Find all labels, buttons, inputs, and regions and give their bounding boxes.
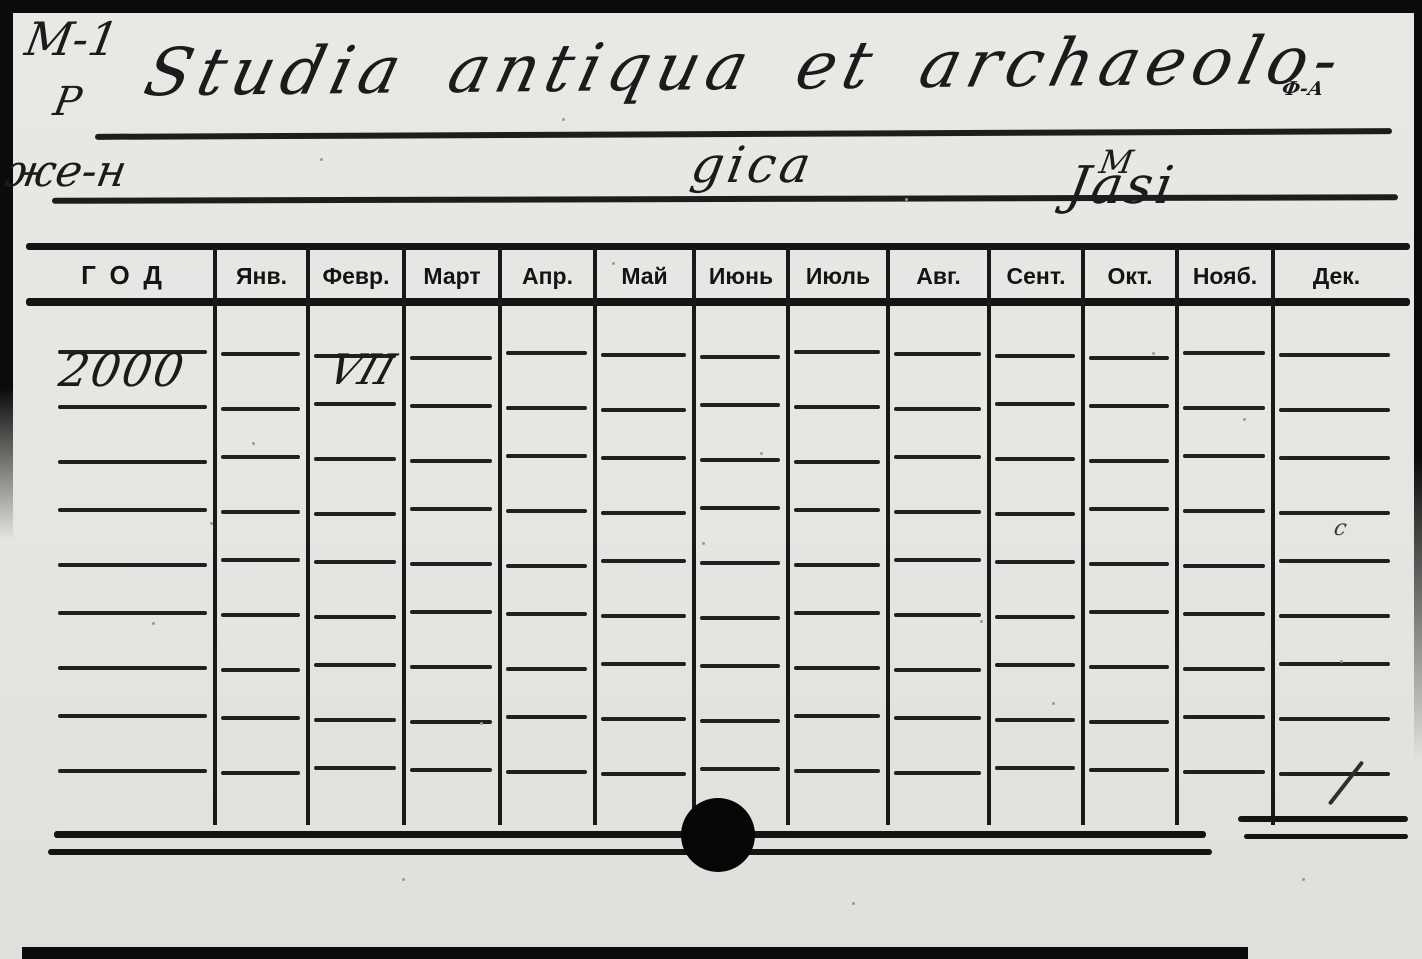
grid-dash-r4c0: [58, 563, 207, 567]
col-header-month-6: Июль: [806, 263, 870, 290]
noise-speck: [760, 452, 763, 455]
grid-dash-r1c10: [1089, 404, 1169, 408]
grid-dash-r3c4: [506, 509, 587, 513]
grid-dash-r6c6: [700, 664, 780, 668]
stray-letter-mark: с: [1332, 518, 1348, 540]
grid-dash-r0c10: [1089, 356, 1169, 360]
grid-dash-r3c1: [221, 510, 300, 514]
grid-dash-r1c11: [1183, 406, 1265, 410]
bottom-double-line-0: [54, 831, 1206, 838]
grid-dash-r7c4: [506, 715, 587, 719]
grid-dash-r4c8: [894, 558, 981, 562]
grid-vline-2: [402, 248, 406, 825]
grid-dash-r6c10: [1089, 665, 1169, 669]
grid-dash-r7c6: [700, 719, 780, 723]
grid-dash-r3c10: [1089, 507, 1169, 511]
grid-dash-r2c4: [506, 454, 587, 458]
noise-speck: [480, 722, 483, 725]
grid-dash-r2c2: [314, 457, 396, 461]
grid-dash-r6c1: [221, 668, 300, 672]
grid-dash-r0c3: [410, 356, 492, 360]
grid-vline-5: [692, 248, 696, 825]
grid-dash-r0c1: [221, 352, 300, 356]
grid-dash-r6c3: [410, 665, 492, 669]
grid-vline-0: [213, 248, 217, 825]
col-header-month-8: Сент.: [1007, 263, 1066, 290]
grid-dash-r8c11: [1183, 770, 1265, 774]
noise-speck: [152, 622, 155, 625]
grid-vline-8: [987, 248, 991, 825]
grid-dash-r2c6: [700, 458, 780, 462]
margin-note: же-н: [2, 150, 130, 194]
grid-dash-r3c11: [1183, 509, 1265, 513]
grid-dash-r0c9: [995, 354, 1075, 358]
grid-dash-r8c12: [1279, 772, 1390, 776]
grid-dash-r0c4: [506, 351, 587, 355]
grid-vline-10: [1175, 248, 1179, 825]
grid-dash-r7c1: [221, 716, 300, 720]
grid-dash-r1c1: [221, 407, 300, 411]
grid-dash-r2c11: [1183, 454, 1265, 458]
punch-hole-icon: [681, 798, 755, 872]
grid-dash-r8c5: [601, 772, 686, 776]
grid-dash-r4c12: [1279, 559, 1390, 563]
grid-dash-r5c5: [601, 614, 686, 618]
shelfmark-line1: М-1: [22, 16, 122, 62]
noise-speck: [1152, 352, 1155, 355]
grid-vline-6: [786, 248, 790, 825]
col-header-year: ГОД: [81, 260, 176, 291]
grid-dash-r1c12: [1279, 408, 1390, 412]
grid-dash-r5c7: [794, 611, 880, 615]
grid-dash-r5c9: [995, 615, 1075, 619]
col-header-month-4: Май: [621, 263, 667, 290]
grid-dash-r7c0: [58, 714, 207, 718]
grid-dash-r8c1: [221, 771, 300, 775]
grid-dash-r0c6: [700, 355, 780, 359]
grid-dash-r1c0: [58, 405, 207, 409]
noise-speck: [210, 522, 213, 525]
noise-speck: [905, 198, 908, 201]
bottom-double-line-3: [1244, 834, 1408, 839]
grid-dash-r4c3: [410, 562, 492, 566]
scan-edge-right: [1414, 0, 1422, 760]
noise-speck: [320, 158, 323, 161]
classification-mark: Ф-А: [1280, 80, 1325, 99]
grid-dash-r0c12: [1279, 353, 1390, 357]
grid-dash-r1c3: [410, 404, 492, 408]
grid-dash-r6c5: [601, 662, 686, 666]
noise-speck: [702, 542, 705, 545]
grid-dash-r1c7: [794, 405, 880, 409]
entry-year-0: 2000: [56, 347, 189, 393]
grid-vline-7: [886, 248, 890, 825]
grid-dash-r4c7: [794, 563, 880, 567]
grid-dash-r7c2: [314, 718, 396, 722]
grid-dash-r3c3: [410, 507, 492, 511]
grid-dash-r5c3: [410, 610, 492, 614]
grid-dash-r7c5: [601, 717, 686, 721]
grid-dash-r0c11: [1183, 351, 1265, 355]
grid-dash-r4c5: [601, 559, 686, 563]
grid-vline-3: [498, 248, 502, 825]
grid-vline-11: [1271, 248, 1275, 825]
journal-title-line1: Studia antiqua et archaeolo-: [139, 28, 1353, 107]
grid-dash-r8c4: [506, 770, 587, 774]
grid-dash-r2c7: [794, 460, 880, 464]
grid-dash-r2c12: [1279, 456, 1390, 460]
stray-slash-mark: [1328, 760, 1364, 805]
grid-dash-r6c12: [1279, 662, 1390, 666]
grid-dash-r7c8: [894, 716, 981, 720]
scan-edge-left: [0, 0, 13, 540]
grid-dash-r0c8: [894, 352, 981, 356]
table-top-border: [26, 243, 1410, 250]
grid-dash-r6c8: [894, 668, 981, 672]
grid-dash-r3c7: [794, 508, 880, 512]
scanned-library-card: М-1 Р же-н Studia antiqua et archaeolo- …: [0, 0, 1422, 959]
noise-speck: [1302, 878, 1305, 881]
ruled-line-subtitle: [52, 194, 1398, 204]
grid-dash-r8c7: [794, 769, 880, 773]
noise-speck: [612, 262, 615, 265]
grid-dash-r3c2: [314, 512, 396, 516]
grid-dash-r8c6: [700, 767, 780, 771]
grid-vline-9: [1081, 248, 1085, 825]
col-header-month-3: Апр.: [522, 263, 573, 290]
grid-dash-r8c2: [314, 766, 396, 770]
grid-dash-r1c4: [506, 406, 587, 410]
grid-dash-r7c9: [995, 718, 1075, 722]
bottom-double-line-2: [1238, 816, 1408, 822]
grid-dash-r8c10: [1089, 768, 1169, 772]
col-header-month-7: Авг.: [916, 263, 960, 290]
grid-dash-r3c8: [894, 510, 981, 514]
header-underline: [26, 298, 1410, 306]
grid-dash-r7c10: [1089, 720, 1169, 724]
grid-dash-r4c6: [700, 561, 780, 565]
col-header-month-0: Янв.: [236, 263, 287, 290]
grid-dash-r4c9: [995, 560, 1075, 564]
grid-dash-r5c12: [1279, 614, 1390, 618]
grid-dash-r5c8: [894, 613, 981, 617]
grid-dash-r2c0: [58, 460, 207, 464]
grid-dash-r2c8: [894, 455, 981, 459]
grid-dash-r3c0: [58, 508, 207, 512]
grid-dash-r8c3: [410, 768, 492, 772]
grid-dash-r7c7: [794, 714, 880, 718]
grid-dash-r8c0: [58, 769, 207, 773]
grid-dash-r5c0: [58, 611, 207, 615]
grid-dash-r4c11: [1183, 564, 1265, 568]
scan-edge-bottom: [22, 947, 1248, 959]
grid-dash-r2c10: [1089, 459, 1169, 463]
noise-speck: [980, 620, 983, 623]
journal-title-line2: gica: [688, 140, 819, 190]
col-header-month-2: Март: [423, 263, 480, 290]
grid-dash-r5c4: [506, 612, 587, 616]
grid-dash-r6c7: [794, 666, 880, 670]
grid-dash-r5c10: [1089, 610, 1169, 614]
grid-dash-r7c11: [1183, 715, 1265, 719]
grid-dash-r2c5: [601, 456, 686, 460]
grid-vline-4: [593, 248, 597, 825]
noise-speck: [1243, 418, 1246, 421]
col-header-month-9: Окт.: [1107, 263, 1152, 290]
grid-dash-r3c9: [995, 512, 1075, 516]
grid-dash-r1c8: [894, 407, 981, 411]
grid-dash-r0c7: [794, 350, 880, 354]
grid-dash-r1c9: [995, 402, 1075, 406]
grid-dash-r5c6: [700, 616, 780, 620]
grid-dash-r6c0: [58, 666, 207, 670]
grid-dash-r2c1: [221, 455, 300, 459]
col-header-month-10: Нояб.: [1193, 263, 1257, 290]
grid-dash-r6c11: [1183, 667, 1265, 671]
grid-dash-r5c11: [1183, 612, 1265, 616]
grid-dash-r3c5: [601, 511, 686, 515]
grid-dash-r6c2: [314, 663, 396, 667]
grid-dash-r8c9: [995, 766, 1075, 770]
noise-speck: [1052, 702, 1055, 705]
noise-speck: [562, 118, 565, 121]
grid-dash-r3c12: [1279, 511, 1390, 515]
col-header-month-1: Февр.: [322, 263, 389, 290]
grid-dash-r4c4: [506, 564, 587, 568]
grid-dash-r2c9: [995, 457, 1075, 461]
entry-value-0: VII: [323, 349, 400, 391]
grid-dash-r2c3: [410, 459, 492, 463]
noise-speck: [252, 442, 255, 445]
grid-dash-r0c5: [601, 353, 686, 357]
grid-dash-r6c4: [506, 667, 587, 671]
grid-dash-r4c2: [314, 560, 396, 564]
grid-vline-1: [306, 248, 310, 825]
grid-dash-r1c6: [700, 403, 780, 407]
noise-speck: [1340, 660, 1343, 663]
grid-dash-r1c5: [601, 408, 686, 412]
col-header-month-11: Дек.: [1313, 263, 1360, 290]
bottom-double-line-1: [48, 849, 1212, 855]
grid-dash-r5c2: [314, 615, 396, 619]
place-of-publication: Jasi: [1063, 160, 1179, 212]
noise-speck: [852, 902, 855, 905]
shelfmark-line2: Р: [50, 82, 84, 122]
grid-dash-r4c1: [221, 558, 300, 562]
grid-dash-r1c2: [314, 402, 396, 406]
grid-dash-r4c10: [1089, 562, 1169, 566]
grid-dash-r3c6: [700, 506, 780, 510]
grid-dash-r7c12: [1279, 717, 1390, 721]
grid-dash-r6c9: [995, 663, 1075, 667]
grid-dash-r5c1: [221, 613, 300, 617]
noise-speck: [402, 878, 405, 881]
scan-edge-top: [0, 0, 1422, 13]
grid-dash-r8c8: [894, 771, 981, 775]
col-header-month-5: Июнь: [709, 263, 773, 290]
